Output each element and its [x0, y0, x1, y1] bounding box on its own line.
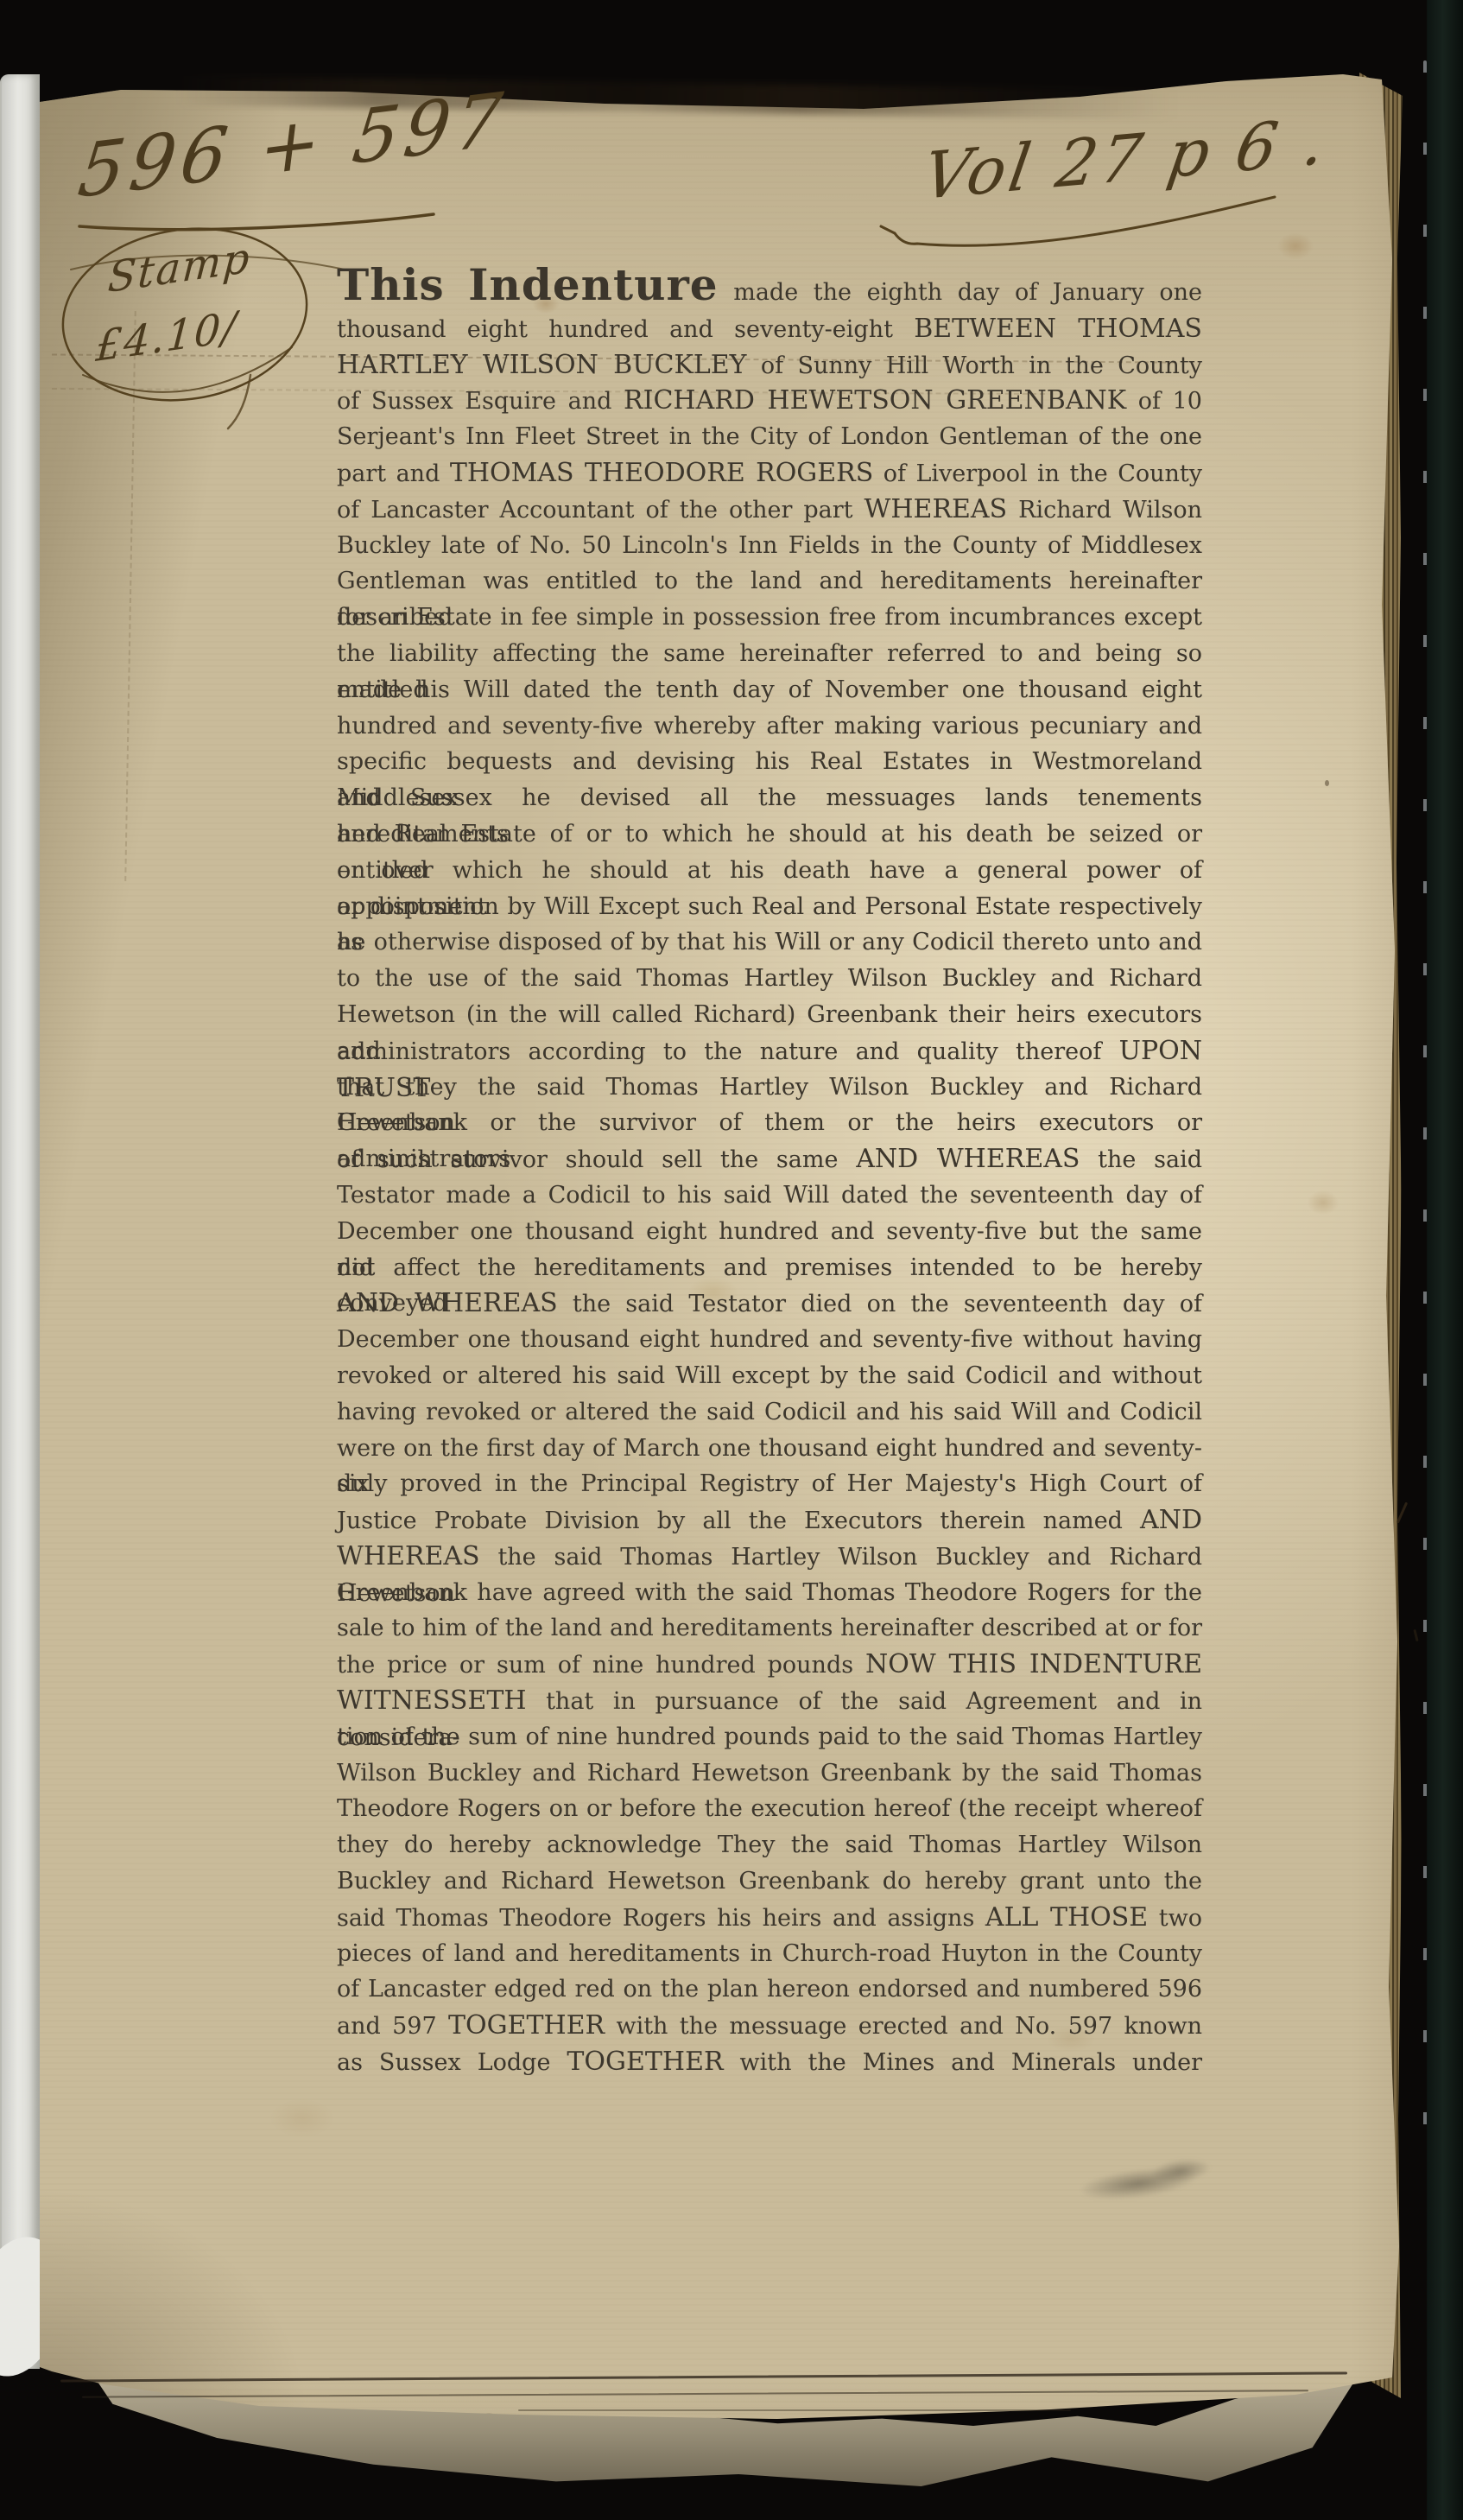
- text-line: as Sussex Lodge TOGETHER with the Mines …: [337, 2044, 1202, 2080]
- text-line: of Lancaster Accountant of the other par…: [337, 492, 1202, 528]
- text-line: of Sussex Esquire and RICHARD HEWETSON G…: [337, 383, 1202, 419]
- text-line: the liability affecting the same hereina…: [337, 636, 1202, 672]
- text-line: tion of the sum of nine hundred pounds p…: [337, 1719, 1202, 1755]
- book-cover-edge: [1427, 0, 1463, 2520]
- text-line: administrators according to the nature a…: [337, 1033, 1202, 1070]
- text-line-opening: This Indenture made the eighth day of Ja…: [337, 275, 1202, 311]
- text-line: made his Will dated the tenth day of Nov…: [337, 672, 1202, 708]
- text-line: having revoked or altered the said Codic…: [337, 1394, 1202, 1431]
- svg-text:£4.10/: £4.10/: [93, 302, 241, 371]
- text-line: specific bequests and devising his Real …: [337, 744, 1202, 780]
- margin-ink-mark: [1413, 1629, 1418, 1641]
- text-line: Greenbank have agreed with the said Thom…: [337, 1575, 1202, 1611]
- text-line: December one thousand eight hundred and …: [337, 1214, 1202, 1250]
- opening-line-rest: made the eighth day of January one: [733, 279, 1202, 306]
- cover-edge-highlight: [1423, 60, 1427, 2177]
- deed-text-lines: thousand eight hundred and seventy-eight…: [337, 311, 1202, 2080]
- text-line: were on the first day of March one thous…: [337, 1431, 1202, 1467]
- text-line: HARTLEY WILSON BUCKLEY of Sunny Hill Wor…: [337, 347, 1202, 384]
- text-line: Theodore Rogers on or before the executi…: [337, 1791, 1202, 1827]
- text-line: December one thousand eight hundred and …: [337, 1322, 1202, 1358]
- text-line: hundred and seventy-five whereby after m…: [337, 708, 1202, 745]
- svg-text:596 + 597: 596 + 597: [73, 77, 511, 215]
- text-line: WITNESSETH that in pursuance of the said…: [337, 1683, 1202, 1719]
- text-line: or disposition by Will Except such Real …: [337, 889, 1202, 925]
- text-line: that they the said Thomas Hartley Wilson…: [337, 1070, 1202, 1106]
- text-line: Gentleman was entitled to the land and h…: [337, 563, 1202, 600]
- text-line: and 597 TOGETHER with the messuage erect…: [337, 2008, 1202, 2044]
- text-line: Hewetson (in the will called Richard) Gr…: [337, 997, 1202, 1033]
- text-line: Justice Probate Division by all the Exec…: [337, 1502, 1202, 1539]
- margin-ink-mark: [1396, 1502, 1408, 1524]
- text-line: of such survivor should sell the same AN…: [337, 1141, 1202, 1177]
- text-line: sale to him of the land and hereditament…: [337, 1610, 1202, 1647]
- text-line: duly proved in the Principal Registry of…: [337, 1466, 1202, 1502]
- text-line: Serjeant's Inn Fleet Street in the City …: [337, 419, 1202, 455]
- margin-ink-dot: [1325, 780, 1329, 786]
- text-line: and Sussex he devised all the messuages …: [337, 780, 1202, 816]
- text-line: Buckley late of No. 50 Lincoln's Inn Fie…: [337, 528, 1202, 564]
- text-line: revoked or altered his said Will except …: [337, 1358, 1202, 1394]
- text-line: thousand eight hundred and seventy-eight…: [337, 311, 1202, 347]
- opening-words-blackletter: This Indenture: [337, 259, 719, 310]
- text-line: AND WHEREAS the said Testator died on th…: [337, 1285, 1202, 1322]
- handwritten-stamp-note: Stamp £4.10/: [45, 206, 356, 439]
- text-line: or over which he should at his death hav…: [337, 853, 1202, 889]
- text-line: Buckley and Richard Hewetson Greenbank d…: [337, 1863, 1202, 1900]
- page-stack-edge-left: [0, 74, 40, 2369]
- text-line: said Thomas Theodore Rogers his heirs an…: [337, 1900, 1202, 1936]
- bottom-crinkle-line: [518, 2409, 1071, 2411]
- handwritten-volume-reference: Vol 27 p 6 .: [864, 102, 1347, 275]
- text-line: part and THOMAS THEODORE ROGERS of Liver…: [337, 455, 1202, 492]
- text-line: Testator made a Codicil to his said Will…: [337, 1177, 1202, 1214]
- underline-hook: [881, 226, 895, 233]
- text-line: they do hereby acknowledge They the said…: [337, 1827, 1202, 1863]
- text-line: and Real Estate of or to which he should…: [337, 816, 1202, 853]
- text-line: Wilson Buckley and Richard Hewetson Gree…: [337, 1755, 1202, 1792]
- text-line: not affect the hereditaments and premise…: [337, 1250, 1202, 1286]
- text-line: to the use of the said Thomas Hartley Wi…: [337, 961, 1202, 997]
- text-line: pieces of land and hereditaments in Chur…: [337, 1936, 1202, 1972]
- text-line: he otherwise disposed of by that his Wil…: [337, 924, 1202, 961]
- text-line: the price or sum of nine hundred pounds …: [337, 1647, 1202, 1683]
- book-photograph: 596 + 597 Vol 27 p 6 . Stamp £4.10/ This…: [0, 0, 1463, 2520]
- text-line: WHEREAS the said Thomas Hartley Wilson B…: [337, 1539, 1202, 1575]
- text-line: for an Estate in fee simple in possessio…: [337, 600, 1202, 636]
- deed-text: This Indenture made the eighth day of Ja…: [337, 275, 1202, 2080]
- text-line: of Lancaster edged red on the plan hereo…: [337, 1971, 1202, 2008]
- text-line: Greenbank or the survivor of them or the…: [337, 1105, 1202, 1141]
